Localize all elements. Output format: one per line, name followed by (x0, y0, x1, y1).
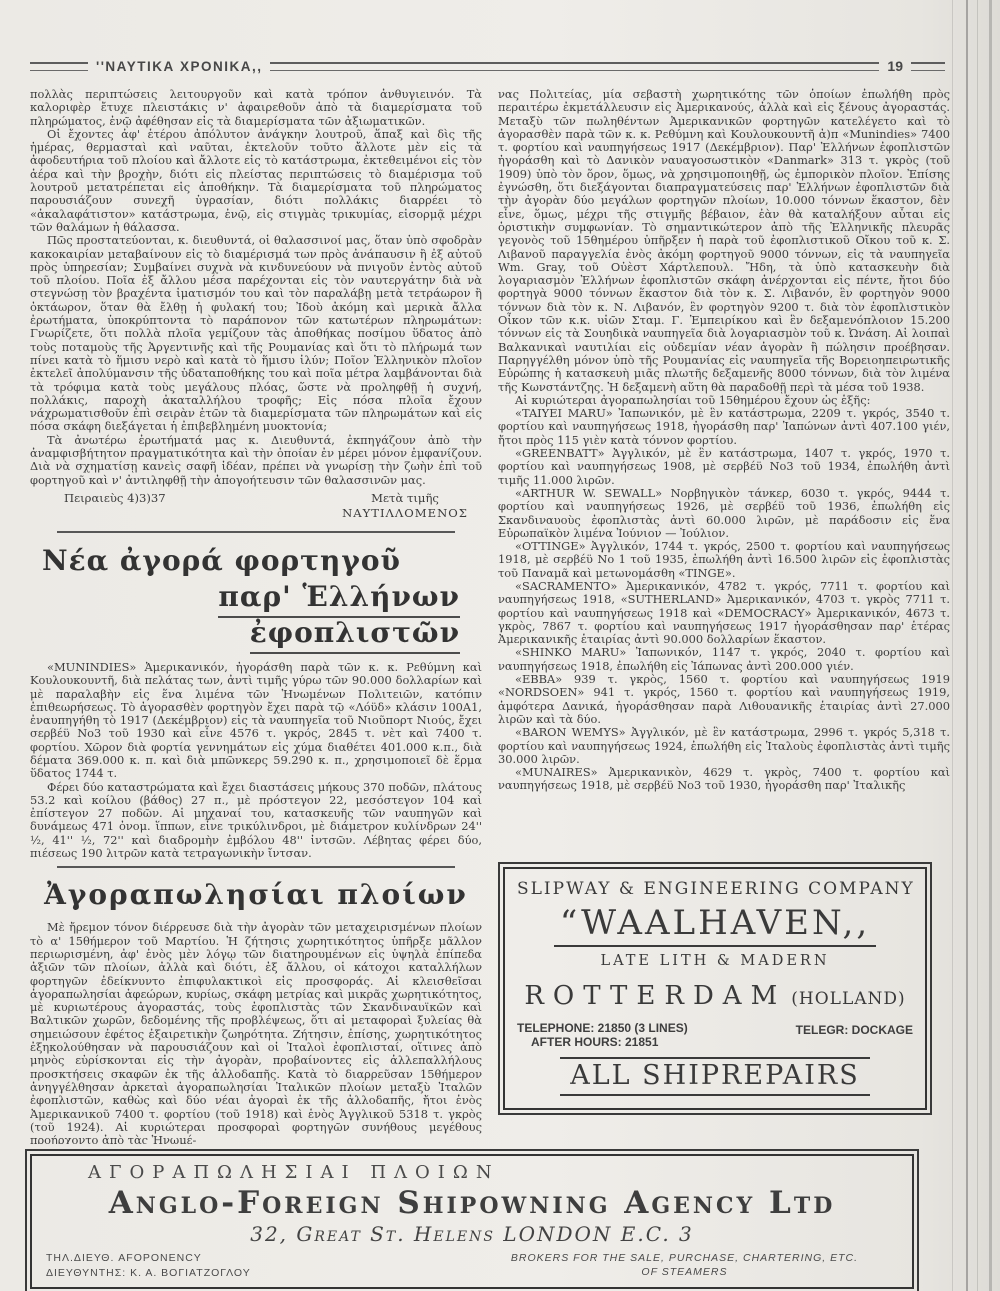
ad-address: 32, Great St. Helens LONDON E.C. 3 (46, 1222, 898, 1246)
ship-sale-entry: «MUNAIRES» Ἀμερικανικὸν, 4629 τ. γκρὸς, … (498, 766, 950, 793)
letter-signature: Πειραιεὺς 4)3)37 Μετὰ τιμῆς ΝΑΥΤΙΛΛΟΜΕΝΟ… (30, 491, 482, 521)
ad-city: ROTTERDAM (524, 981, 786, 1011)
ship-sale-entry: «SHINKO MARU» Ἰαπωνικόν, 1147 τ. γκρός, … (498, 646, 950, 673)
section-title-ship-sales: Ἀγοραπωλησίαι πλοίων (30, 878, 482, 911)
signature-place-date: Πειραιεὺς 4)3)37 (30, 491, 166, 521)
ship-sale-entry: «ΕΒΒΑ» 939 τ. γκρὸς, 1560 τ. φορτίου καὶ… (498, 673, 950, 726)
page-edge-line (989, 0, 992, 1291)
ship-sale-entry: «SACRAMENTO» Ἀμερικανικόν, 4782 τ. γκρός… (498, 580, 950, 646)
masthead-title: ''ΝΑΥΤΙΚΑ ΧΡΟΝΙΚΑ,, (96, 59, 262, 74)
body-paragraph: «MUNINDIES» Ἀμερικανικόν, ἠγοράσθη παρὰ … (30, 661, 482, 781)
ad-phone-block: TELEPHONE: 21850 (3 LINES) AFTER HOURS: … (517, 1021, 688, 1049)
ad-contact-block: ΤΗΛ.ΔΙΕΥΘ. AFOPONENCY ΔΙΕΥΘΥΝΤΗΣ: Κ. Α. … (46, 1251, 251, 1281)
ad-brokers-line1: BROKERS FOR THE SALE, PURCHASE, CHARTERI… (511, 1251, 858, 1265)
section-title-line2-wrap: παρ' Ἑλλήνων ἐφοπλιστῶν (30, 579, 482, 651)
ship-sale-entry: «GREENBATT» Ἀγγλικόν, μὲ ἓν κατάστρωμα, … (498, 447, 950, 487)
ad-footer: ΤΗΛ.ΔΙΕΥΘ. AFOPONENCY ΔΙΕΥΘΥΝΤΗΣ: Κ. Α. … (46, 1251, 898, 1281)
ad-telegraph-address: ΤΗΛ.ΔΙΕΥΘ. AFOPONENCY (46, 1251, 251, 1266)
body-paragraph: Τὰ ἀνωτέρω ἐρωτήματά μας κ. Διευθυντά, ἐ… (30, 434, 482, 487)
ad-country: (HOLLAND) (791, 989, 905, 1009)
ad-tagline: ALL SHIPREPAIRS (560, 1057, 870, 1096)
ship-sale-entry: «ARTHUR W. SEWALL» Νορβηγικὸν τάνκερ, 60… (498, 487, 950, 540)
page-header: ''ΝΑΥΤΙΚΑ ΧΡΟΝΙΚΑ,, 19 (30, 58, 945, 74)
ad-greek-heading: ΑΓΟΡΑΠΩΛΗΣΙΑΙ ΠΛΟΙΩΝ (46, 1162, 898, 1183)
ad-brokers-line2: OF STEAMERS (511, 1265, 858, 1279)
body-paragraph: Οἱ ἔχοντες ἀφ' ἑτέρου ἀπόλυτον ἀνάγκην λ… (30, 128, 482, 234)
ad-brokers-block: BROKERS FOR THE SALE, PURCHASE, CHARTERI… (511, 1251, 898, 1281)
header-rule-right (911, 62, 945, 71)
left-column: πολλὰς περιπτώσεις λειτουργοῦν καὶ κατὰ … (30, 88, 482, 1144)
scan-fold-line (952, 0, 953, 1291)
waalhaven-advertisement: SLIPWAY & ENGINEERING COMPANY “WAALHAVEN… (498, 862, 932, 1115)
ad-after-hours: AFTER HOURS: 21851 (517, 1035, 688, 1049)
section-title-line1: Νέα ἀγορά φορτηγοῦ (30, 543, 482, 579)
signature-name: ΝΑΥΤΙΛΛΟΜΕΝΟΣ (342, 506, 468, 520)
ship-sale-entry: «TAIYEI MARU» Ἰαπωνικόν, μὲ ἓν κατάστρωμ… (498, 407, 950, 447)
ship-sale-entry: «OTTINGE» Ἀγγλικόν, 1744 τ. γκρός, 2500 … (498, 540, 950, 580)
section-title-line2: παρ' Ἑλλήνων ἐφοπλιστῶν (218, 580, 460, 654)
anglo-foreign-ad-frame: ΑΓΟΡΑΠΩΛΗΣΙΑΙ ΠΛΟΙΩΝ Anglo-Foreign Shipo… (30, 1154, 914, 1289)
body-paragraph: Αἱ κυριώτεραι ἀγοραπωλησίαι τοῦ 15θημέρο… (498, 394, 950, 407)
signature-closing: Μετὰ τιμῆς (371, 491, 439, 505)
scan-fold-line (977, 0, 978, 1291)
advertiser-company-name: SLIPWAY & ENGINEERING COMPANY (517, 879, 913, 899)
body-paragraph: πολλὰς περιπτώσεις λειτουργοῦν καὶ κατὰ … (30, 88, 482, 128)
ad-location: ROTTERDAM (HOLLAND) (517, 981, 913, 1011)
anglo-foreign-advertisement: ΑΓΟΡΑΠΩΛΗΣΙΑΙ ΠΛΟΙΩΝ Anglo-Foreign Shipo… (25, 1149, 919, 1291)
header-rule-middle (270, 62, 879, 71)
section-title-new-purchase: Νέα ἀγορά φορτηγοῦ παρ' Ἑλλήνων ἐφοπλιστ… (30, 543, 482, 651)
right-column: νας Πολιτείας, μία σεβαστὴ χωρητικότης τ… (498, 88, 950, 1144)
header-rule-left (30, 62, 88, 71)
advertiser-company-name: Anglo-Foreign Shipowning Agency Ltd (46, 1185, 898, 1221)
page-number: 19 (887, 58, 903, 74)
body-paragraph: νας Πολιτείας, μία σεβαστὴ χωρητικότης τ… (498, 88, 950, 394)
ship-sale-entry: «BARON WEMYS» Ἀγγλικόν, μὲ ἓν κατάστρωμα… (498, 726, 950, 766)
body-paragraph: Μὲ ἤρεμον τόνον διέρρευσε διὰ τὴν ἀγορὰν… (30, 921, 482, 1144)
right-column-text: νας Πολιτείας, μία σεβαστὴ χωρητικότης τ… (498, 88, 950, 854)
magazine-page: ''ΝΑΥΤΙΚΑ ΧΡΟΝΙΚΑ,, 19 πολλὰς περιπτώσει… (0, 0, 1000, 1291)
section-divider-rule (57, 866, 455, 868)
ad-contact-block: TELEPHONE: 21850 (3 LINES) AFTER HOURS: … (517, 1021, 913, 1049)
ad-telegraph: TELEGR: DOCKAGE (796, 1021, 913, 1049)
ad-telephone: TELEPHONE: 21850 (3 LINES) (517, 1021, 688, 1035)
ad-subtitle: LATE LITH & MADERN (517, 953, 913, 969)
scan-fold-line (966, 0, 968, 1291)
brand-name: “WAALHAVEN,, (554, 903, 876, 947)
ad-director: ΔΙΕΥΘΥΝΤΗΣ: Κ. Α. ΒΟΓΙΑΤΖΟΓΛΟΥ (46, 1266, 251, 1281)
section-divider-rule (57, 531, 455, 533)
body-paragraph: Πῶς προστατεύονται, κ. διευθυντά, οἱ θαλ… (30, 234, 482, 433)
signature-closing-block: Μετὰ τιμῆς ΝΑΥΤΙΛΛΟΜΕΝΟΣ (342, 491, 482, 521)
brand-name-wrap: “WAALHAVEN,, (517, 903, 913, 943)
ad-tagline-wrap: ALL SHIPREPAIRS (517, 1057, 913, 1096)
two-column-body: πολλὰς περιπτώσεις λειτουργοῦν καὶ κατὰ … (30, 88, 950, 1144)
body-paragraph: Φέρει δύο καταστρώματα καὶ ἔχει διαστάσε… (30, 781, 482, 861)
waalhaven-ad-frame: SLIPWAY & ENGINEERING COMPANY “WAALHAVEN… (503, 867, 927, 1110)
